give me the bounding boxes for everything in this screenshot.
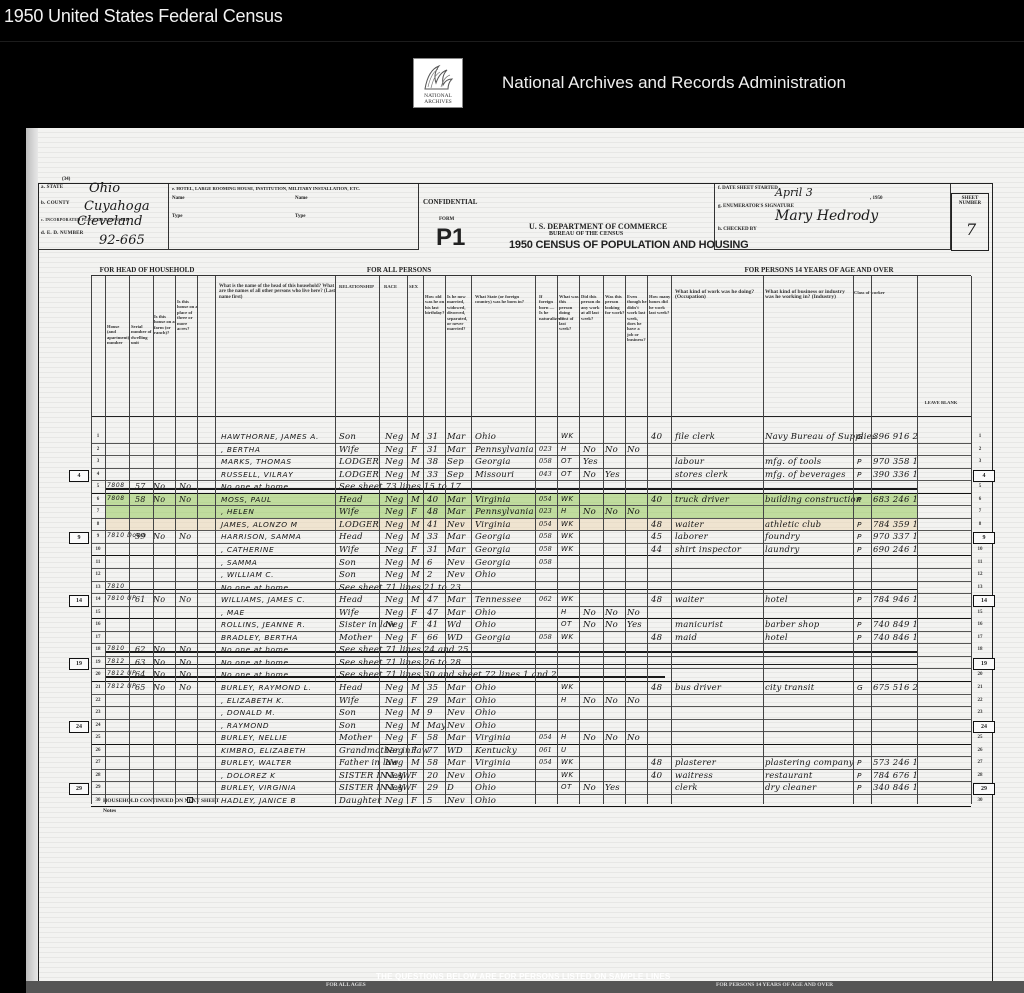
grid-line <box>423 276 424 804</box>
line-number: 22 <box>93 698 103 703</box>
cell-sex: F <box>411 783 417 793</box>
cell-rel: Head <box>339 683 363 693</box>
cell-industry: city transit <box>765 683 814 693</box>
scan-edge <box>26 128 38 993</box>
cell-acres: No <box>179 482 191 491</box>
col-class-of-worker: Class of worker <box>854 290 914 295</box>
cell-name: , WILLIAM C. <box>221 570 274 579</box>
line-number: 4 <box>93 472 103 477</box>
cell-q17: No <box>605 733 618 743</box>
cell-birthplace: Georgia <box>475 457 511 467</box>
sample-line-marker: 9 <box>69 532 89 544</box>
cell-name: JAMES, ALONZO M <box>221 520 298 529</box>
line-number-right: 21 <box>974 685 986 690</box>
cell-sex: M <box>411 520 420 530</box>
grid-line <box>445 276 446 804</box>
cell-race: Neg <box>385 771 404 781</box>
section-persons-14-over: FOR PERSONS 14 YEARS OF AGE AND OVER <box>699 266 939 274</box>
cell-sex: M <box>411 683 420 693</box>
cell-sex: F <box>411 696 417 706</box>
cell-age: 31 <box>427 432 438 442</box>
cell-leave-blank: 784 359 1 <box>873 520 918 530</box>
cell-q18: No <box>627 696 640 706</box>
cell-age: 40 <box>427 495 438 505</box>
col-industry: What kind of business or industry was he… <box>765 290 851 301</box>
cell-race: Neg <box>385 633 404 643</box>
cell-birthplace: Ohio <box>475 796 496 806</box>
col-relationship: RELATIONSHIP <box>339 284 379 289</box>
cell-birthplace: Ohio <box>475 432 496 442</box>
cell-code: 058 <box>539 457 552 465</box>
cell-name: HARRISON, SAMMA <box>221 532 301 541</box>
sheet-number-value: 7 <box>966 220 976 239</box>
cell-race: Neg <box>385 721 404 731</box>
col-birthplace: What State (or foreign country) was he b… <box>475 294 531 305</box>
cell-rel: Head <box>339 495 363 505</box>
cell-name: BURLEY, VIRGINIA <box>221 783 296 792</box>
cell-q16: No <box>583 507 596 517</box>
cell-marital: Wd <box>447 620 462 630</box>
department-title: U. S. DEPARTMENT OF COMMERCE <box>529 222 667 231</box>
cell-farm: No <box>153 532 165 541</box>
cell-code: 023 <box>539 445 552 453</box>
line-number: 2 <box>93 447 103 452</box>
grid-line <box>91 276 92 804</box>
cell-farm: No <box>153 482 165 491</box>
cell-sex: M <box>411 532 420 542</box>
cell-age: May <box>427 721 446 731</box>
cell-marital: Sep <box>447 470 464 480</box>
line-number: 13 <box>93 585 103 590</box>
cell-birthplace: Virginia <box>475 520 511 530</box>
cell-sex: M <box>411 470 420 480</box>
line-number: 18 <box>93 647 103 652</box>
section-head-of-household: FOR HEAD OF HOUSEHOLD <box>91 266 203 274</box>
cell-sex: F <box>411 620 417 630</box>
sample-line-marker-right: 9 <box>973 532 995 544</box>
cell-name: No one at home <box>221 645 289 654</box>
cell-class: P <box>857 470 862 479</box>
date-label: f. DATE SHEET STARTED <box>718 186 778 191</box>
line-number: 5 <box>93 484 103 489</box>
cell-race: Neg <box>385 470 404 480</box>
cell-q17: Yes <box>605 783 620 793</box>
sample-line-marker: 29 <box>69 783 89 795</box>
cell-activity: OT <box>561 783 572 791</box>
cell-farm: No <box>153 683 165 692</box>
cell-name: ROLLINS, JEANNE R. <box>221 620 306 629</box>
cell-sex: F <box>411 771 417 781</box>
cell-acres: No <box>179 670 191 679</box>
cell-name: HADLEY, JANICE B <box>221 796 296 805</box>
cell-class: G <box>857 432 863 441</box>
cell-occupation: labour <box>675 457 704 467</box>
cell-class: P <box>857 771 862 780</box>
cell-class: P <box>857 532 862 541</box>
cell-marital: Nev <box>447 520 465 530</box>
cell-rel: Son <box>339 570 356 580</box>
cell-marital: Mar <box>447 758 465 768</box>
cell-rel: Wife <box>339 507 359 517</box>
col-activity: What was this person doing most of last … <box>559 294 579 332</box>
cell-name: BURLEY, NELLIE <box>221 733 287 742</box>
cell-marital: Mar <box>447 545 465 555</box>
cell-q17: No <box>605 507 618 517</box>
cell-marital: Nev <box>447 570 465 580</box>
cell-marital: Nev <box>447 558 465 568</box>
cell-industry: building construction <box>765 495 861 505</box>
cell-age: 33 <box>427 532 438 542</box>
cell-race: Neg <box>385 495 404 505</box>
cell-name: WILLIAMS, JAMES C. <box>221 595 305 604</box>
cell-hours: 40 <box>651 495 662 505</box>
line-number-right: 5 <box>974 484 986 489</box>
cell-activity: WK <box>561 495 574 503</box>
strike-through-line <box>105 676 665 677</box>
sample-line-marker-right: 19 <box>973 658 995 670</box>
cell-birthplace: Virginia <box>475 495 511 505</box>
cell-note: See sheet 71 lines 24 and 25 <box>339 645 469 655</box>
place-value: Cleveland <box>77 214 142 229</box>
cell-class: P <box>857 620 862 629</box>
cell-industry: laundry <box>765 545 799 555</box>
cell-industry: plastering company <box>765 758 854 768</box>
sample-lines-title: THE QUESTIONS BELOW ARE FOR PERSONS LIST… <box>376 972 670 981</box>
location-fields: a. STATE Ohio b. COUNTY Cuyahoga c. INCO… <box>39 184 169 250</box>
cell-sex: F <box>411 608 417 618</box>
cell-acres: No <box>179 645 191 654</box>
cell-birthplace: Georgia <box>475 633 511 643</box>
cell-leave-blank: 784 676 1 <box>873 771 918 781</box>
ed-label: d. E. D. NUMBER <box>41 231 83 236</box>
line-number-right: 25 <box>974 735 986 740</box>
cell-name: , ELIZABETH K. <box>221 696 285 705</box>
cell-house: 7808 <box>107 495 125 502</box>
cell-class: P <box>857 545 862 554</box>
col-any-work: Did this person do any work at all last … <box>581 294 603 321</box>
cell-rel: Mother <box>339 733 372 743</box>
cell-age: 2 <box>427 570 433 580</box>
cell-code: 054 <box>539 758 552 766</box>
cell-age: 58 <box>427 733 438 743</box>
cell-activity: WK <box>561 432 574 440</box>
cell-race: Neg <box>385 532 404 542</box>
cell-occupation: waitress <box>675 771 713 781</box>
cell-serial: 62 <box>135 645 146 654</box>
line-number: 12 <box>93 572 103 577</box>
cell-activity: H <box>561 608 567 616</box>
cell-rel: Wife <box>339 608 359 618</box>
col-occupation: What kind of work was he doing? (Occupat… <box>675 290 761 301</box>
cell-farm: No <box>153 595 165 604</box>
county-label: b. COUNTY <box>41 201 70 206</box>
app-header: 1950 United States Federal Census <box>0 0 1024 42</box>
cell-rel: Head <box>339 532 363 542</box>
cell-q16: No <box>583 470 596 480</box>
grid-line <box>603 276 604 804</box>
cell-serial: 65 <box>135 683 146 692</box>
line-number: 28 <box>93 773 103 778</box>
cell-code: 023 <box>539 507 552 515</box>
col-leave-blank: LEAVE BLANK <box>919 400 963 405</box>
col-naturalized: If foreign born — Is he naturalized? <box>539 294 557 321</box>
cell-note: See sheet 71 lines 21 to 23 <box>339 583 461 593</box>
line-number: 26 <box>93 748 103 753</box>
cell-race: Neg <box>385 683 404 693</box>
cell-sex: F <box>411 545 417 555</box>
line-number: 29 <box>93 785 103 790</box>
cell-q18: No <box>627 507 640 517</box>
form-label: FORM <box>439 217 454 222</box>
cell-industry: dry cleaner <box>765 783 816 793</box>
cell-birthplace: Ohio <box>475 570 496 580</box>
household-continued-checkbox[interactable] <box>187 797 193 803</box>
cell-age: 33 <box>427 470 438 480</box>
section-all-persons: FOR ALL PERSONS <box>329 266 469 274</box>
cell-q16: No <box>583 620 596 630</box>
col-serial-number: Serial number of dwelling unit <box>131 324 153 346</box>
hotel-name-label: Name <box>172 196 185 201</box>
cell-activity: OT <box>561 470 572 478</box>
cell-code: 058 <box>539 545 552 553</box>
cell-hours: 48 <box>651 633 662 643</box>
cell-industry: hotel <box>765 595 788 605</box>
cell-code: 054 <box>539 733 552 741</box>
cell-marital: Sep <box>447 457 464 467</box>
cell-name: , CATHERINE <box>221 545 274 554</box>
cell-age: 77 <box>427 746 438 756</box>
cell-marital: WD <box>447 633 463 643</box>
line-number-right: 23 <box>974 710 986 715</box>
cell-sex: M <box>411 457 420 467</box>
cell-name: No one at home <box>221 583 289 592</box>
cell-acres: No <box>179 532 191 541</box>
cell-age: 29 <box>427 696 438 706</box>
cell-class: P <box>857 633 862 642</box>
cell-race: Neg <box>385 570 404 580</box>
cell-industry: mfg. of beverages <box>765 470 846 480</box>
cell-marital: Mar <box>447 683 465 693</box>
cell-race: Neg <box>385 746 404 756</box>
cell-q18: No <box>627 445 640 455</box>
cell-race: Neg <box>385 545 404 555</box>
line-number-right: 2 <box>974 447 986 452</box>
cell-q17: Yes <box>605 470 620 480</box>
cell-q16: No <box>583 608 596 618</box>
line-number-right: 30 <box>974 798 986 803</box>
cell-serial: 58 <box>135 495 146 504</box>
line-number-right: 22 <box>974 698 986 703</box>
cell-activity: WK <box>561 771 574 779</box>
grid-line <box>557 276 558 804</box>
cell-marital: Mar <box>447 532 465 542</box>
cell-name: MOSS, PAUL <box>221 495 272 504</box>
cell-birthplace: Pennsylvania <box>475 445 534 455</box>
cell-occupation: maid <box>675 633 697 643</box>
line-number-right: 28 <box>974 773 986 778</box>
line-number-right: 7 <box>974 509 986 514</box>
cell-industry: mfg. of tools <box>765 457 821 467</box>
cell-class: P <box>857 495 862 504</box>
cell-age: 58 <box>427 758 438 768</box>
sample-line-marker: 14 <box>69 595 89 607</box>
cell-age: 31 <box>427 545 438 555</box>
strike-through-line <box>105 651 917 652</box>
cell-age: 35 <box>427 683 438 693</box>
cell-name: No one at home <box>221 482 289 491</box>
cell-activity: OT <box>561 457 572 465</box>
cell-race: Neg <box>385 432 404 442</box>
cell-q16: Yes <box>583 457 598 467</box>
cell-code: 061 <box>539 746 552 754</box>
cell-name: , SAMMA <box>221 558 257 567</box>
grid-line <box>971 276 972 804</box>
cell-code: 043 <box>539 470 552 478</box>
line-number-right: 26 <box>974 748 986 753</box>
cell-sex: M <box>411 570 420 580</box>
cell-hours: 44 <box>651 545 662 555</box>
cell-rel: Son <box>339 721 356 731</box>
cell-marital: D <box>447 783 454 793</box>
cell-leave-blank: 784 946 1 <box>873 595 918 605</box>
cell-rel: Mother <box>339 633 372 643</box>
census-document-image[interactable]: (34) a. STATE Ohio b. COUNTY Cuyahoga c.… <box>26 128 1024 993</box>
cell-activity: H <box>561 507 567 515</box>
cell-activity: WK <box>561 520 574 528</box>
grid-line <box>579 276 580 804</box>
cell-sex: M <box>411 558 420 568</box>
col-race: RACE <box>384 284 408 289</box>
grid-line <box>129 276 130 804</box>
col-house-number: House (and apartment) number <box>107 324 129 346</box>
cell-age: 47 <box>427 608 438 618</box>
line-number: 14 <box>93 597 103 602</box>
cell-race: Neg <box>385 558 404 568</box>
cell-activity: WK <box>561 532 574 540</box>
line-number: 9 <box>93 534 103 539</box>
cell-farm: No <box>153 645 165 654</box>
grid-line <box>647 276 648 804</box>
cell-birthplace: Georgia <box>475 532 511 542</box>
cell-activity: WK <box>561 758 574 766</box>
cell-leave-blank: 396 916 2 <box>873 432 918 442</box>
cell-birthplace: Ohio <box>475 721 496 731</box>
cell-marital: Mar <box>447 445 465 455</box>
cell-activity: H <box>561 696 567 704</box>
line-number: 17 <box>93 635 103 640</box>
cell-occupation: manicurist <box>675 620 723 630</box>
cell-age: 38 <box>427 457 438 467</box>
cell-occupation: truck driver <box>675 495 729 505</box>
cell-age: 48 <box>427 507 438 517</box>
cell-code: 058 <box>539 558 552 566</box>
cell-rel: Son <box>339 558 356 568</box>
cell-hours: 40 <box>651 432 662 442</box>
line-number-right: 20 <box>974 672 986 677</box>
cell-code: 058 <box>539 532 552 540</box>
cell-race: Neg <box>385 520 404 530</box>
line-number-right: 15 <box>974 610 986 615</box>
cell-leave-blank: 683 246 1 <box>873 495 918 505</box>
cell-occupation: waiter <box>675 595 704 605</box>
cell-activity: WK <box>561 683 574 691</box>
cell-activity: H <box>561 733 567 741</box>
cell-race: Neg <box>385 696 404 706</box>
line-number-right: 27 <box>974 760 986 765</box>
cell-birthplace: Ohio <box>475 696 496 706</box>
date-fields: f. DATE SHEET STARTED April 3 , 1950 g. … <box>714 184 951 250</box>
cell-house: 7812 UP <box>107 683 136 690</box>
cell-occupation: shirt inspector <box>675 545 741 555</box>
cell-age: 20 <box>427 771 438 781</box>
form-id: P1 <box>436 224 465 252</box>
cell-race: Neg <box>385 708 404 718</box>
cell-activity: WK <box>561 633 574 641</box>
publisher-name: National Archives and Records Administra… <box>502 73 846 93</box>
state-value: Ohio <box>89 181 120 196</box>
cell-age: 47 <box>427 595 438 605</box>
cell-occupation: stores clerk <box>675 470 728 480</box>
cell-hours: 48 <box>651 595 662 605</box>
cell-activity: U <box>561 746 567 754</box>
grid-line <box>153 276 154 804</box>
cell-birthplace: Georgia <box>475 545 511 555</box>
cell-marital: Nev <box>447 721 465 731</box>
ed-number-value: 92-665 <box>99 233 145 248</box>
for-all-ages-label: FOR ALL AGES <box>326 982 366 988</box>
cell-race: Neg <box>385 796 404 806</box>
cell-q17: No <box>605 696 618 706</box>
cell-q18: No <box>627 608 640 618</box>
line-number: 27 <box>93 760 103 765</box>
col-age: How old was he on his last birthday? <box>425 294 445 316</box>
cell-race: Neg <box>385 608 404 618</box>
line-number-right: 1 <box>974 434 986 439</box>
cell-name: , DOLOREZ K <box>221 771 276 780</box>
line-number: 21 <box>93 685 103 690</box>
cell-birthplace: Tennessee <box>475 595 522 605</box>
cell-birthplace: Kentucky <box>475 746 517 756</box>
cell-occupation: clerk <box>675 783 698 793</box>
line-number: 6 <box>93 497 103 502</box>
cell-class: P <box>857 595 862 604</box>
cell-race: Neg <box>385 457 404 467</box>
hotel-name-label-2: Name <box>295 196 308 201</box>
cell-race: Neg <box>385 733 404 743</box>
grid-line <box>379 276 380 804</box>
cell-marital: Mar <box>447 495 465 505</box>
line-number-right: 13 <box>974 585 986 590</box>
line-number-right: 10 <box>974 547 986 552</box>
cell-age: 9 <box>427 708 433 718</box>
line-number: 7 <box>93 509 103 514</box>
cell-rel: Son <box>339 708 356 718</box>
col-marital: Is he now married, widowed, divorced, se… <box>447 294 469 332</box>
sample-line-marker: 4 <box>69 470 89 482</box>
cell-rel: LODGER <box>339 457 379 467</box>
cell-name: No one at home <box>221 670 289 679</box>
cell-industry: barber shop <box>765 620 819 630</box>
cell-sex: M <box>411 495 420 505</box>
cell-leave-blank: 340 846 1 <box>873 783 918 793</box>
cell-birthplace: Ohio <box>475 620 496 630</box>
cell-marital: Mar <box>447 432 465 442</box>
col-hours: How many hours did he work last week? <box>649 294 671 316</box>
cell-birthplace: Pennsylvania <box>475 507 534 517</box>
cell-activity: WK <box>561 545 574 553</box>
cell-name: HAWTHORNE, JAMES A. <box>221 432 319 441</box>
app-title: 1950 United States Federal Census <box>4 6 283 27</box>
